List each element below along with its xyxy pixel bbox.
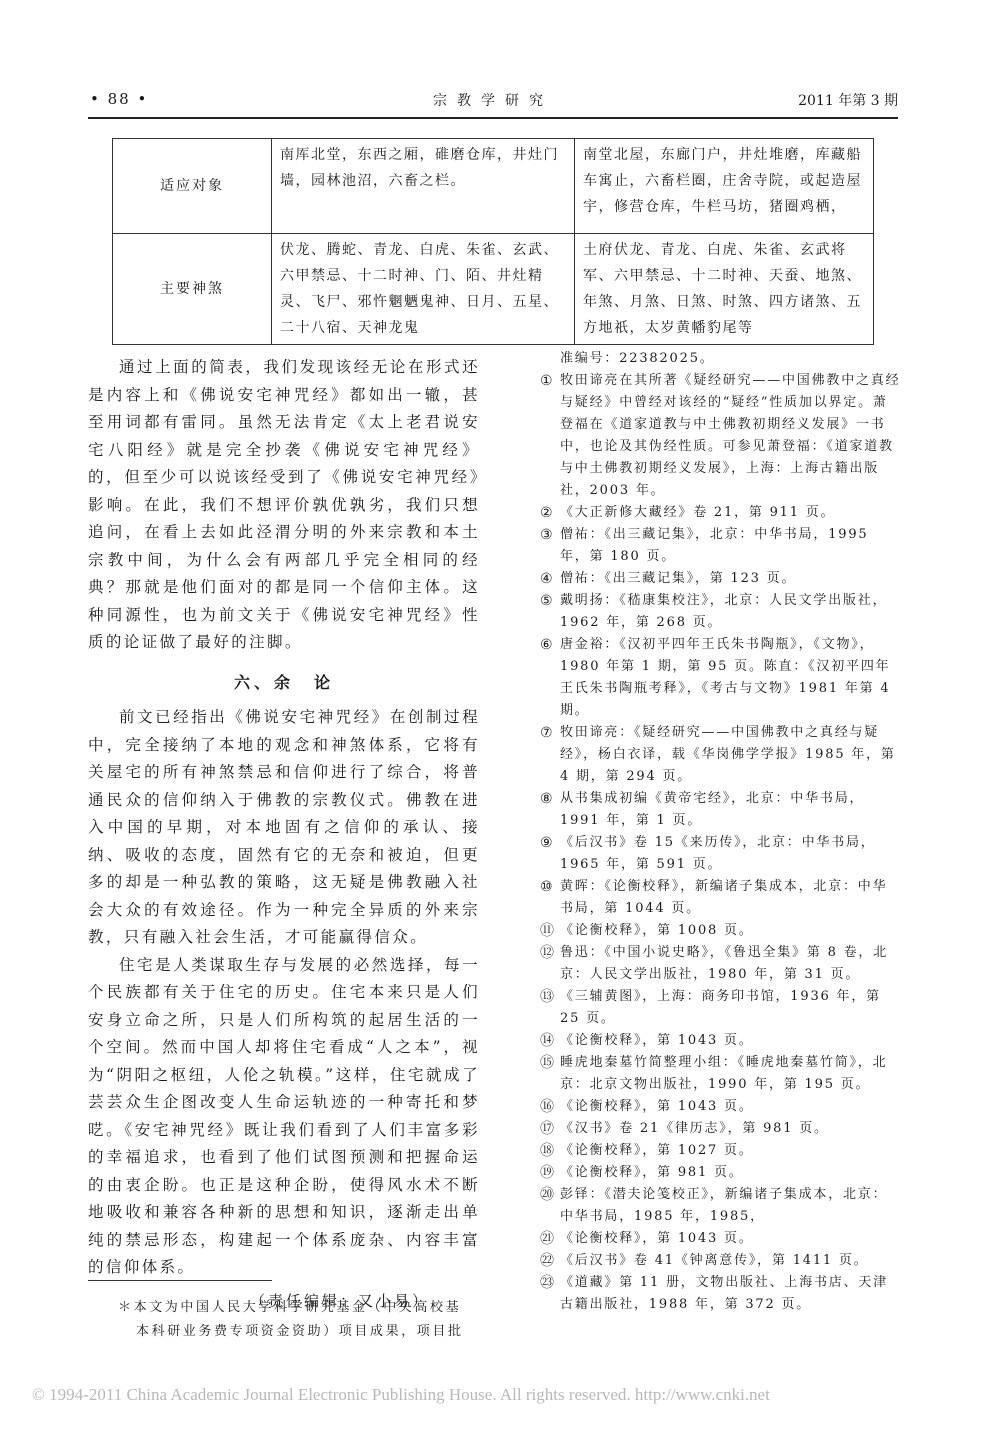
endnote-text: 《大正新修大藏经》卷 21，第 911 页。 [560, 505, 835, 520]
row-header: 主要神煞 [113, 234, 272, 345]
endnote-number: ① [540, 370, 560, 392]
copyright-footer: © 1994-2011 China Academic Journal Elect… [32, 1385, 892, 1405]
endnote-number: ⑯ [540, 1096, 560, 1118]
endnote: ⑱《论衡校释》，第 1027 页。 [540, 1140, 902, 1162]
endnote: ⑭《论衡校释》，第 1043 页。 [540, 1030, 902, 1052]
endnote-number: ⑰ [540, 1118, 560, 1140]
endnote-text: 牧田谛亮在其所著《疑经研究——中国佛教中之真经与疑经》中曾经对该经的“疑经”性质… [560, 373, 900, 498]
endnote-text: 唐金裕：《汉初平四年王氏朱书陶瓶》，《文物》，1980 年第 1 期，第 95 … [560, 637, 890, 718]
endnote-number: ㉓ [540, 1272, 560, 1294]
endnote-text: 《论衡校释》，第 1043 页。 [560, 1099, 754, 1114]
notes-column: 准编号：22382025。 ①牧田谛亮在其所著《疑经研究——中国佛教中之真经与疑… [540, 348, 902, 1316]
endnote: ㉑《论衡校释》，第 1043 页。 [540, 1228, 902, 1250]
endnote-number: ⑨ [540, 832, 560, 854]
endnote-number: ⑬ [540, 986, 560, 1008]
funding-note-line: ＊本文为中国人民大学科学研究基金（中央高校基 [118, 1296, 482, 1320]
endnote-number: ⑥ [540, 634, 560, 656]
issue-label: 2011 年第 3 期 [798, 90, 898, 110]
header-rule [88, 117, 898, 119]
endnote-number: ⑫ [540, 942, 560, 964]
table-row: 适应对象 南厍北堂，东西之厢，碓磨仓库，井灶门墙，园林池沼，六畜之栏。 南堂北屋… [113, 139, 874, 234]
body-paragraph: 前文已经指出《佛说安宅神咒经》在创制过程中，完全接纳了本地的观念和神煞体系，它将… [88, 704, 480, 952]
endnote: ⑧从书集成初编《黄帝宅经》，北京：中华书局，1991 年，第 1 页。 [540, 788, 902, 832]
endnote-text: 《后汉书》卷 41《钟离意传》，第 1411 页。 [560, 1253, 869, 1268]
endnote-number: ② [540, 502, 560, 524]
endnote-number: ㉑ [540, 1228, 560, 1250]
endnote: ⑪《论衡校释》，第 1008 页。 [540, 920, 902, 942]
endnote: ⑥唐金裕：《汉初平四年王氏朱书陶瓶》，《文物》，1980 年第 1 期，第 95… [540, 634, 902, 722]
endnote: ⑤戴明扬：《嵇康集校注》，北京：人民文学出版社，1962 年，第 268 页。 [540, 590, 902, 634]
endnote-text: 《论衡校释》，第 1043 页。 [560, 1033, 754, 1048]
endnote-text: 《论衡校释》，第 1027 页。 [560, 1143, 754, 1158]
endnote-text: 牧田谛亮：《疑经研究——中国佛教中之真经与疑经》，杨白衣译，载《华岗佛学学报》1… [560, 725, 896, 784]
endnote-text: 从书集成初编《黄帝宅经》，北京：中华书局，1991 年，第 1 页。 [560, 791, 864, 828]
section-heading: 六、余 论 [88, 669, 480, 697]
endnote: ⑬《三辅黄图》，上海：商务印书馆，1936 年，第 25 页。 [540, 986, 902, 1030]
endnote: ③僧祐：《出三藏记集》，北京：中华书局，1995 年，第 180 页。 [540, 524, 902, 568]
endnote-number: ④ [540, 568, 560, 590]
endnote-text: 戴明扬：《嵇康集校注》，北京：人民文学出版社，1962 年，第 268 页。 [560, 593, 887, 630]
endnote-number: ⑲ [540, 1162, 560, 1184]
endnote-number: ⑱ [540, 1140, 560, 1162]
body-paragraph: 通过上面的简表，我们发现该经无论在形式还是内容上和《佛说安宅神咒经》都如出一辙，… [88, 354, 480, 657]
endnote-text: 僧祐：《出三藏记集》，第 123 页。 [560, 571, 796, 586]
running-header: • 88 • 宗教学研究 2011 年第 3 期 [88, 88, 898, 118]
table-row: 主要神煞 伏龙、腾蛇、青龙、白虎、朱雀、玄武、六甲禁忌、十二时神、门、陌、井灶精… [113, 234, 874, 345]
endnote-text: 《论衡校释》，第 981 页。 [560, 1165, 744, 1180]
endnote: ②《大正新修大藏经》卷 21，第 911 页。 [540, 502, 902, 524]
table-cell: 南厍北堂，东西之厢，碓磨仓库，井灶门墙，园林池沼，六畜之栏。 [272, 139, 575, 234]
endnote: ⑯《论衡校释》，第 1043 页。 [540, 1096, 902, 1118]
funding-note: ＊本文为中国人民大学科学研究基金（中央高校基 本科研业务费专项资金资助）项目成果… [118, 1296, 482, 1344]
endnotes-list: ①牧田谛亮在其所著《疑经研究——中国佛教中之真经与疑经》中曾经对该经的“疑经”性… [540, 370, 902, 1316]
endnote-number: ⑧ [540, 788, 560, 810]
endnote-number: ⑦ [540, 722, 560, 744]
endnote-text: 鲁迅：《中国小说史略》，《鲁迅全集》第 8 卷，北京：人民文学出版社，1980 … [560, 945, 888, 982]
endnote: ⑮睡虎地秦墓竹简整理小组：《睡虎地秦墓竹简》，北京：北京文物出版社，1990 年… [540, 1052, 902, 1096]
endnote-text: 黄晖：《论衡校释》，新编诸子集成本，北京：中华书局，第 1044 页。 [560, 879, 887, 916]
endnote-text: 《论衡校释》，第 1008 页。 [560, 923, 754, 938]
endnote-number: ㉒ [540, 1250, 560, 1272]
funding-note-line: 本科研业务费专项资金资助）项目成果，项目批 [118, 1320, 482, 1344]
endnote: ㉒《后汉书》卷 41《钟离意传》，第 1411 页。 [540, 1250, 902, 1272]
endnote: ⑨《后汉书》卷 15《来历传》，北京：中华书局，1965 年，第 591 页。 [540, 832, 902, 876]
endnote-text: 《后汉书》卷 15《来历传》，北京：中华书局，1965 年，第 591 页。 [560, 835, 876, 872]
endnote: ⑳彭铎：《潜夫论笺校正》，新编诸子集成本，北京：中华书局，1985 年，1985… [540, 1184, 902, 1228]
endnote-text: 《道藏》第 11 册，文物出版社、上海书店、天津古籍出版社，1988 年，第 3… [560, 1275, 888, 1312]
table-cell: 南堂北屋，东廊门户，井灶堆磨，库藏船车寓止，六畜栏圈，庄舍寺院，或起造屋宇，修营… [575, 139, 874, 234]
endnote-number: ⑤ [540, 590, 560, 612]
endnote: ㉓《道藏》第 11 册，文物出版社、上海书店、天津古籍出版社，1988 年，第 … [540, 1272, 902, 1316]
endnote: ①牧田谛亮在其所著《疑经研究——中国佛教中之真经与疑经》中曾经对该经的“疑经”性… [540, 370, 902, 502]
table-cell: 土府伏龙、青龙、白虎、朱雀、玄武将军、六甲禁忌、十二时神、天蚕、地煞、年煞、月煞… [575, 234, 874, 345]
endnote-text: 《汉书》卷 21《律历志》，第 981 页。 [560, 1121, 829, 1136]
endnote-number: ⑪ [540, 920, 560, 942]
footnote-rule [88, 1280, 272, 1281]
endnote-text: 睡虎地秦墓竹简整理小组：《睡虎地秦墓竹简》，北京：北京文物出版社，1990 年，… [560, 1055, 887, 1092]
comparison-table: 适应对象 南厍北堂，东西之厢，碓磨仓库，井灶门墙，园林池沼，六畜之栏。 南堂北屋… [112, 138, 874, 345]
endnote-text: 彭铎：《潜夫论笺校正》，新编诸子集成本，北京：中华书局，1985 年，1985， [560, 1187, 887, 1224]
endnote-number: ⑮ [540, 1052, 560, 1074]
body-paragraph: 住宅是人类谋取生存与发展的必然选择，每一个民族都有关于住宅的历史。住宅本来只是人… [88, 952, 480, 1282]
endnote: ⑦牧田谛亮：《疑经研究——中国佛教中之真经与疑经》，杨白衣译，载《华岗佛学学报》… [540, 722, 902, 788]
funding-note-continuation: 准编号：22382025。 [540, 348, 902, 370]
endnote: ④僧祐：《出三藏记集》，第 123 页。 [540, 568, 902, 590]
endnote-number: ⑩ [540, 876, 560, 898]
endnote-number: ⑭ [540, 1030, 560, 1052]
endnote: ⑫鲁迅：《中国小说史略》，《鲁迅全集》第 8 卷，北京：人民文学出版社，1980… [540, 942, 902, 986]
table-cell: 伏龙、腾蛇、青龙、白虎、朱雀、玄武、六甲禁忌、十二时神、门、陌、井灶精灵、飞尸、… [272, 234, 575, 345]
endnote-text: 《论衡校释》，第 1043 页。 [560, 1231, 754, 1246]
endnote: ⑩黄晖：《论衡校释》，新编诸子集成本，北京：中华书局，第 1044 页。 [540, 876, 902, 920]
row-header: 适应对象 [113, 139, 272, 234]
endnote-text: 《三辅黄图》，上海：商务印书馆，1936 年，第 25 页。 [560, 989, 881, 1026]
journal-title: 宗教学研究 [88, 90, 898, 110]
endnote: ⑲《论衡校释》，第 981 页。 [540, 1162, 902, 1184]
endnote-number: ③ [540, 524, 560, 546]
endnote-text: 僧祐：《出三藏记集》，北京：中华书局，1995 年，第 180 页。 [560, 527, 868, 564]
endnote-number: ⑳ [540, 1184, 560, 1206]
left-column: 通过上面的简表，我们发现该经无论在形式还是内容上和《佛说安宅神咒经》都如出一辙，… [88, 354, 480, 1315]
endnote: ⑰《汉书》卷 21《律历志》，第 981 页。 [540, 1118, 902, 1140]
